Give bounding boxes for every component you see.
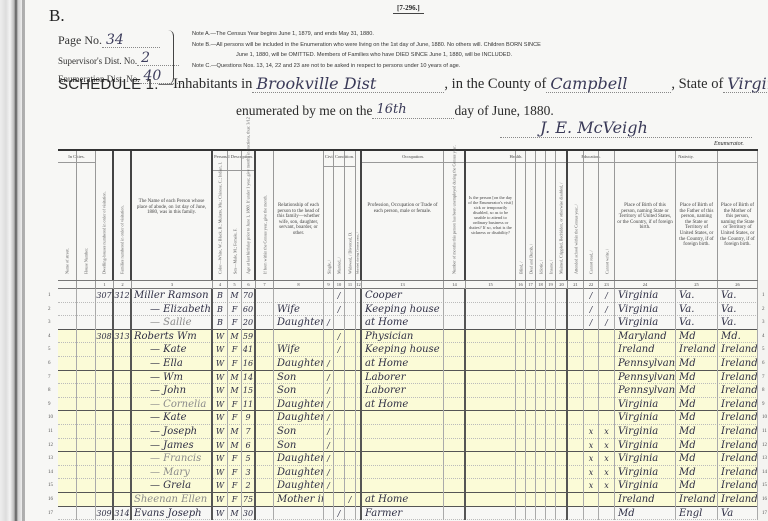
cell-sex: F xyxy=(228,357,242,371)
row-number-left: 9 xyxy=(48,398,51,412)
cell-empty xyxy=(516,330,526,344)
cell-mother: Va. xyxy=(718,316,758,330)
cell-mother: Va. xyxy=(718,303,758,317)
schedule-heading: SCHEDULE 1. —Inhabitants in Brookville D… xyxy=(58,76,768,93)
row-number-left: 11 xyxy=(48,425,53,439)
row-number-right: 11 xyxy=(762,425,767,439)
cell-empty xyxy=(536,439,546,453)
cell-age: 20 xyxy=(242,316,256,330)
cell-empty xyxy=(466,479,516,493)
cell-empty xyxy=(568,384,584,398)
cell-single: / xyxy=(324,371,334,385)
cell-family: 313 xyxy=(114,330,132,344)
row-number-left: 15 xyxy=(48,479,53,493)
cell-empty xyxy=(556,411,568,425)
cell-empty xyxy=(256,507,274,521)
cell-single xyxy=(324,330,334,344)
cell-empty xyxy=(568,439,584,453)
cell-widowed xyxy=(345,371,356,385)
cell-single: / xyxy=(324,425,334,439)
cell-color: B xyxy=(213,316,228,330)
cell-empty xyxy=(536,316,546,330)
cell-occupation xyxy=(362,452,444,466)
header-birthplace-mother: Place of Birth of the Mother of this per… xyxy=(718,151,758,280)
cell-dwelling xyxy=(96,479,114,493)
cell-color: W xyxy=(213,493,228,507)
cell-relation: Son xyxy=(274,371,324,385)
cell-dwelling: 309 xyxy=(96,507,114,521)
cell-empty xyxy=(256,452,274,466)
supervisor-label: Supervisor's Dist. No. xyxy=(58,56,137,66)
cell-sex: M xyxy=(228,425,242,439)
cell-name: — Francis xyxy=(132,452,213,466)
state-label: , State of xyxy=(671,76,723,93)
header-birthplace-father: Place of Birth of the Father of this per… xyxy=(676,151,718,280)
cell-mother: Ireland xyxy=(718,425,758,439)
cell-sex: M xyxy=(228,384,242,398)
cell-empty xyxy=(526,507,536,521)
table-row: 6— EllaWF16Daughter/at HomePennsylvaniaM… xyxy=(58,357,758,371)
cell-empty xyxy=(546,507,556,521)
cell-empty xyxy=(466,493,516,507)
cell-empty xyxy=(466,384,516,398)
cell-occupation xyxy=(362,466,444,480)
cell-sex: F xyxy=(228,479,242,493)
cell-empty xyxy=(556,507,568,521)
cell-married xyxy=(334,452,345,466)
cell-empty xyxy=(58,289,77,303)
cell-empty xyxy=(256,343,274,357)
cell-widowed xyxy=(345,452,356,466)
cell-family xyxy=(114,398,132,412)
cell-write xyxy=(599,398,615,412)
cell-father: Md xyxy=(676,452,718,466)
header-married: Married, / xyxy=(334,151,345,280)
cell-empty xyxy=(516,316,526,330)
cell-read xyxy=(584,384,599,398)
cell-empty xyxy=(536,289,546,303)
cell-dwelling xyxy=(96,452,114,466)
cell-empty xyxy=(546,303,556,317)
cell-empty xyxy=(466,425,516,439)
cell-single: / xyxy=(324,357,334,371)
cell-birth: Virginia xyxy=(615,316,676,330)
cell-empty xyxy=(256,371,274,385)
header-birthplace-person: Place of Birth of this person, naming St… xyxy=(615,151,676,280)
cell-empty xyxy=(466,439,516,453)
cell-empty xyxy=(556,303,568,317)
cell-relation: Daughter xyxy=(274,316,324,330)
cell-widowed xyxy=(345,330,356,344)
cell-empty xyxy=(526,343,536,357)
cell-write xyxy=(599,384,615,398)
row-number-right: 15 xyxy=(762,479,767,493)
cell-birth: Pennsylvania xyxy=(615,384,676,398)
header-insane: Insane, / xyxy=(546,151,556,280)
cell-empty xyxy=(77,303,96,317)
cell-empty xyxy=(466,316,516,330)
cell-empty xyxy=(568,411,584,425)
cell-sex: F xyxy=(228,316,242,330)
cell-empty xyxy=(556,479,568,493)
cell-single xyxy=(324,507,334,521)
enumerator-label: Enumerator. xyxy=(714,141,744,147)
table-row: 12— JamesWM6Son/xxVirginiaMdIreland12 xyxy=(58,439,758,453)
cell-empty xyxy=(536,425,546,439)
cell-name: Evans Joseph xyxy=(132,507,213,521)
cell-family xyxy=(114,357,132,371)
cell-empty xyxy=(58,439,77,453)
cell-empty xyxy=(556,357,568,371)
cell-widowed xyxy=(345,289,356,303)
cell-father: Md xyxy=(676,330,718,344)
cell-empty xyxy=(444,371,466,385)
cell-married xyxy=(334,411,345,425)
cell-empty xyxy=(536,343,546,357)
cell-widowed xyxy=(345,343,356,357)
cell-family xyxy=(114,384,132,398)
cell-family xyxy=(114,452,132,466)
cell-dwelling xyxy=(96,384,114,398)
cell-empty xyxy=(58,493,77,507)
place-value: Brookville Dist xyxy=(252,76,444,93)
cell-empty xyxy=(77,289,96,303)
header-single: Single, / xyxy=(324,151,334,280)
cell-widowed xyxy=(345,411,356,425)
cell-family xyxy=(114,303,132,317)
cell-empty xyxy=(526,452,536,466)
cell-empty xyxy=(526,398,536,412)
cell-empty xyxy=(256,425,274,439)
page-binding-edge xyxy=(0,0,24,521)
row-number-right: 13 xyxy=(762,452,767,466)
cell-age: 11 xyxy=(242,398,256,412)
cell-empty xyxy=(77,398,96,412)
cell-empty xyxy=(466,411,516,425)
cell-mother: Ireland xyxy=(718,343,758,357)
inhabitants-label: —Inhabitants in xyxy=(159,76,253,93)
cell-empty xyxy=(77,371,96,385)
cell-dwelling xyxy=(96,439,114,453)
cell-occupation: at Home xyxy=(362,357,444,371)
cell-write xyxy=(599,493,615,507)
row-number-left: 4 xyxy=(48,330,51,344)
cell-empty xyxy=(556,384,568,398)
sheet-letter: B. xyxy=(49,6,65,26)
cell-occupation: at Home xyxy=(362,493,444,507)
cell-empty xyxy=(546,357,556,371)
cell-empty xyxy=(444,466,466,480)
header-deaf: Deaf and Dumb, / xyxy=(526,151,536,280)
cell-sex: M xyxy=(228,507,242,521)
cell-married: / xyxy=(334,303,345,317)
cell-empty xyxy=(516,425,526,439)
cell-read xyxy=(584,493,599,507)
cell-married xyxy=(334,493,345,507)
cell-sex: F xyxy=(228,411,242,425)
cell-father: Md xyxy=(676,371,718,385)
cell-empty xyxy=(444,439,466,453)
cell-relation: Mother in law xyxy=(274,493,324,507)
cell-family xyxy=(114,411,132,425)
enumerated-label: enumerated by me on the xyxy=(236,103,372,119)
cell-sex: F xyxy=(228,493,242,507)
cell-age: 3 xyxy=(242,466,256,480)
cell-married xyxy=(334,466,345,480)
cell-mother: Ireland xyxy=(718,357,758,371)
cell-empty xyxy=(516,384,526,398)
table-row: 16Sheenan EllenWF75Mother in law/at Home… xyxy=(58,493,758,507)
cell-empty xyxy=(77,316,96,330)
cell-color: B xyxy=(213,303,228,317)
cell-empty xyxy=(568,398,584,412)
cell-empty xyxy=(77,357,96,371)
cell-empty xyxy=(556,452,568,466)
cell-dwelling xyxy=(96,425,114,439)
table-row: 15— GrelaWF2Daughter/xxVirginiaMdIreland… xyxy=(58,479,758,493)
cell-empty xyxy=(526,371,536,385)
cell-age: 14 xyxy=(242,371,256,385)
cell-empty xyxy=(58,371,77,385)
cell-single: / xyxy=(324,398,334,412)
cell-read xyxy=(584,357,599,371)
cell-birth: Ireland xyxy=(615,493,676,507)
cell-age: 6 xyxy=(242,439,256,453)
cell-empty xyxy=(466,303,516,317)
row-number-left: 3 xyxy=(48,316,51,330)
cell-relation xyxy=(274,330,324,344)
cell-read xyxy=(584,371,599,385)
cell-father: Md xyxy=(676,466,718,480)
cell-family xyxy=(114,425,132,439)
cell-father: Md xyxy=(676,411,718,425)
cell-mother: Md. xyxy=(718,330,758,344)
cell-empty xyxy=(77,466,96,480)
row-number-right: 9 xyxy=(762,398,765,412)
cell-empty xyxy=(58,452,77,466)
cell-write: x xyxy=(599,466,615,480)
header-sickness: Is the person [on the day of the Enumera… xyxy=(466,151,516,280)
cell-mother: Ireland xyxy=(718,452,758,466)
row-number-right: 2 xyxy=(762,303,765,317)
cell-father: Ireland xyxy=(676,493,718,507)
cell-family: 314 xyxy=(114,507,132,521)
cell-name: — Elizabeth xyxy=(132,303,213,317)
cell-birth: Virginia xyxy=(615,289,676,303)
row-number-right: 10 xyxy=(762,411,767,425)
cell-read: x xyxy=(584,425,599,439)
cell-sex: M xyxy=(228,371,242,385)
row-number-right: 14 xyxy=(762,466,767,480)
cell-dwelling xyxy=(96,466,114,480)
cell-write xyxy=(599,371,615,385)
cell-empty xyxy=(444,411,466,425)
cell-name: — John xyxy=(132,384,213,398)
cell-age: 75 xyxy=(242,493,256,507)
cell-single: / xyxy=(324,439,334,453)
cell-father: Va. xyxy=(676,303,718,317)
schedule-title: SCHEDULE 1. xyxy=(58,76,159,93)
cell-widowed xyxy=(345,357,356,371)
cell-empty xyxy=(568,316,584,330)
header-occupation: Profession, Occupation or Trade of each … xyxy=(362,151,444,280)
form-code: [7-296.] xyxy=(393,4,424,14)
row-number-right: 7 xyxy=(762,371,765,385)
cell-married: / xyxy=(334,330,345,344)
cell-empty xyxy=(256,384,274,398)
table-row: 2— ElizabethBF60Wife/Keeping house//Virg… xyxy=(58,303,758,317)
cell-relation xyxy=(274,507,324,521)
cell-empty xyxy=(77,439,96,453)
cell-mother: Ireland xyxy=(718,466,758,480)
cell-married: / xyxy=(334,507,345,521)
cell-empty xyxy=(526,303,536,317)
cell-family xyxy=(114,493,132,507)
cell-empty xyxy=(536,398,546,412)
cell-empty xyxy=(444,384,466,398)
cell-age: 60 xyxy=(242,303,256,317)
cell-empty xyxy=(526,316,536,330)
cell-read xyxy=(584,398,599,412)
header-born-month: If born within the Census year, give the… xyxy=(256,151,274,280)
cell-relation: Son xyxy=(274,384,324,398)
cell-mother: Ireland xyxy=(718,384,758,398)
cell-empty xyxy=(556,466,568,480)
table-row: 8— JohnWM15Son/LaborerPennsylvaniaMdIrel… xyxy=(58,384,758,398)
row-number-right: 16 xyxy=(762,493,767,507)
cell-mother: Ireland xyxy=(718,493,758,507)
cell-occupation: Cooper xyxy=(362,289,444,303)
cell-married xyxy=(334,316,345,330)
cell-empty xyxy=(444,507,466,521)
cell-mother: Ireland xyxy=(718,398,758,412)
note-a: Note A.—The Census Year begins June 1, 1… xyxy=(192,29,541,40)
cell-occupation xyxy=(362,411,444,425)
cell-write: / xyxy=(599,289,615,303)
cell-empty xyxy=(526,439,536,453)
cell-empty xyxy=(516,343,526,357)
cell-color: W xyxy=(213,479,228,493)
cell-empty xyxy=(516,411,526,425)
cell-dwelling xyxy=(96,303,114,317)
cell-age: 16 xyxy=(242,357,256,371)
cell-widowed xyxy=(345,384,356,398)
cell-empty xyxy=(568,452,584,466)
cell-empty xyxy=(77,411,96,425)
cell-write: x xyxy=(599,439,615,453)
cell-empty xyxy=(58,479,77,493)
cell-dwelling xyxy=(96,398,114,412)
cell-empty xyxy=(444,425,466,439)
cell-single: / xyxy=(324,466,334,480)
row-number-right: 3 xyxy=(762,316,765,330)
cell-write xyxy=(599,411,615,425)
cell-empty xyxy=(526,411,536,425)
header-sex: Sex—Male, M.; Female, F. xyxy=(228,151,242,280)
cell-write: / xyxy=(599,316,615,330)
cell-empty xyxy=(546,371,556,385)
cell-age: 70 xyxy=(242,289,256,303)
page-binding-line xyxy=(22,0,25,521)
cell-birth: Ireland xyxy=(615,343,676,357)
cell-age: 5 xyxy=(242,452,256,466)
cell-birth: Virginia xyxy=(615,425,676,439)
row-number-left: 8 xyxy=(48,384,51,398)
cell-married xyxy=(334,371,345,385)
cell-dwelling xyxy=(96,343,114,357)
cell-color: B xyxy=(213,289,228,303)
cell-empty xyxy=(516,303,526,317)
cell-father: Engl xyxy=(676,507,718,521)
header-dwelling: Dwelling-houses numbered in order of vis… xyxy=(96,151,114,280)
cell-empty xyxy=(526,466,536,480)
cell-read: x xyxy=(584,452,599,466)
cell-single xyxy=(324,343,334,357)
date-suffix: day of June, 1880. xyxy=(454,103,553,119)
cell-dwelling: 308 xyxy=(96,330,114,344)
cell-empty xyxy=(536,384,546,398)
cell-read: / xyxy=(584,289,599,303)
cell-empty xyxy=(546,452,556,466)
cell-widowed xyxy=(345,398,356,412)
cell-single xyxy=(324,493,334,507)
cell-color: W xyxy=(213,371,228,385)
table-row: 7— WmWM14Son/LaborerPennsylvaniaMdIrelan… xyxy=(58,371,758,385)
cell-write: x xyxy=(599,452,615,466)
row-number-left: 1 xyxy=(48,289,51,303)
cell-mother: Ireland xyxy=(718,479,758,493)
cell-empty xyxy=(536,493,546,507)
row-number-left: 10 xyxy=(48,411,53,425)
cell-sex: F xyxy=(228,452,242,466)
row-number-left: 7 xyxy=(48,371,51,385)
cell-color: W xyxy=(213,357,228,371)
cell-empty xyxy=(58,316,77,330)
cell-empty xyxy=(58,411,77,425)
cell-empty xyxy=(77,425,96,439)
cell-write xyxy=(599,330,615,344)
header-street: Name of street. xyxy=(58,151,77,280)
cell-widowed: / xyxy=(345,493,356,507)
cell-birth: Md xyxy=(615,507,676,521)
cell-write: / xyxy=(599,303,615,317)
column-number-row: 1 2 3 4 5 6 7 8 9 10 11 12 13 14 15 16 1… xyxy=(58,280,758,289)
cell-empty xyxy=(77,330,96,344)
cell-married xyxy=(334,425,345,439)
cell-birth: Pennsylvania xyxy=(615,357,676,371)
cell-empty xyxy=(444,452,466,466)
cell-empty xyxy=(444,316,466,330)
cell-empty xyxy=(556,371,568,385)
cell-empty xyxy=(256,466,274,480)
cell-name: — Grela xyxy=(132,479,213,493)
cell-occupation: Keeping house xyxy=(362,303,444,317)
cell-read xyxy=(584,330,599,344)
cell-married xyxy=(334,398,345,412)
state-value: Virginia xyxy=(723,76,768,93)
cell-name: — Joseph xyxy=(132,425,213,439)
cell-age: 7 xyxy=(242,425,256,439)
cell-family xyxy=(114,479,132,493)
cell-read: x xyxy=(584,439,599,453)
cell-empty xyxy=(58,303,77,317)
cell-empty xyxy=(568,343,584,357)
cell-empty xyxy=(444,479,466,493)
cell-color: W xyxy=(213,439,228,453)
cell-empty xyxy=(556,330,568,344)
cell-color: W xyxy=(213,398,228,412)
cell-relation xyxy=(274,289,324,303)
